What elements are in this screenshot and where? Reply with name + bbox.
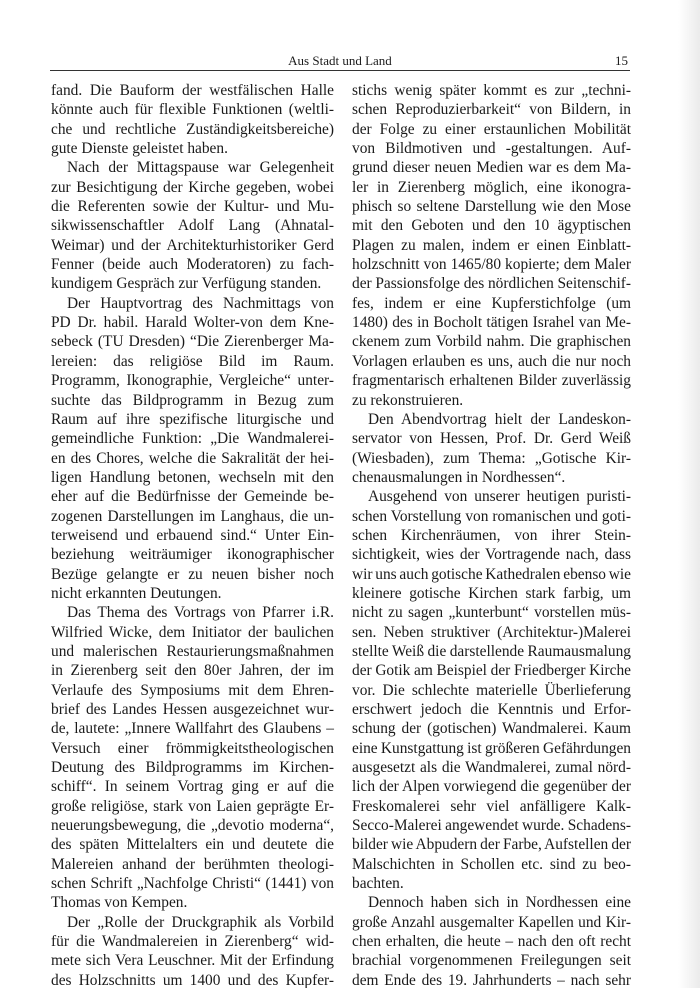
text-line: lereien: das religiöse Bild im Raum. [51, 352, 334, 371]
text-line: chen erhalten, die heute – nach den oft … [352, 932, 631, 951]
text-line: phisch so seltene Darstellung wie den Mo… [352, 197, 631, 216]
text-line: en des Chores, welche die Sakralität der… [51, 449, 334, 468]
text-line: könnte auch für flexible Funktionen (wel… [51, 100, 334, 119]
running-header: Aus Stadt und Land 15 [50, 52, 630, 71]
text-line: stellte Weiß die darstellende Raumausmal… [352, 642, 631, 661]
text-line: stichs wenig später kommt es zur „techni… [352, 81, 631, 100]
text-line: der Folge zu einer erstaunlichen Mobilit… [352, 120, 631, 139]
text-line: bilder wie Abpudern der Farbe, Aufstelle… [352, 835, 631, 854]
text-line: Bezüge gelangte er zu neuen bisher noch [51, 565, 334, 584]
text-line: schen Kirchenräumen, von ihrer Stein- [352, 526, 631, 545]
text-line: Malereien anhand der berühmten theologi- [51, 855, 334, 874]
text-line: eine Kunstgattung ist größeren Gefährdun… [352, 739, 631, 758]
text-line: große religiöse, stark von Laien geprägt… [51, 797, 334, 816]
text-line: des Holzschnitts um 1400 und des Kupfer- [51, 971, 334, 988]
text-line: grund dieser neuen Medien war es dem Ma- [352, 158, 631, 177]
text-line: in Zierenberg seit den 80er Jahren, der … [51, 661, 334, 680]
text-line: schen Reproduzierbarkeit“ von Bildern, i… [352, 100, 631, 119]
text-line: Plagen zu malen, indem er einen Einblatt… [352, 236, 631, 255]
text-line: fes, indem er eine Kupferstichfolge (um [352, 294, 631, 313]
text-line: Das Thema des Vortrags von Pfarrer i.R. [51, 603, 334, 622]
text-line: sen. Neben struktiver (Architektur-)Male… [352, 623, 631, 642]
text-line: zur Besichtigung der Kirche gegeben, wob… [51, 178, 334, 197]
text-line: kleinere gotische Kirchen stark farbig, … [352, 584, 631, 603]
text-line: Fenner (beide auch Moderatoren) zu fach- [51, 255, 334, 274]
text-line: Malschichten in Schollen etc. sind zu be… [352, 855, 631, 874]
text-line: de, lautete: „Innere Wallfahrt des Glaub… [51, 719, 334, 738]
text-line: Versuch einer frömmigkeitstheologischen [51, 739, 334, 758]
text-line: ler in Zierenberg möglich, eine ikonogra… [352, 178, 631, 197]
text-line: brief des Landes Hessen ausgezeichnet wu… [51, 700, 334, 719]
text-line: Verlaufe des Symposiums mit dem Ehren- [51, 681, 334, 700]
text-line: Deutung des Bildprogramms im Kirchen- [51, 758, 334, 777]
text-line: 1480) des in Bocholt tätigen Israhel van… [352, 313, 631, 332]
text-line: lich der Alpen vorwiegend die gegenüber … [352, 777, 631, 796]
text-line: gemeindliche Funktion: „Die Wandmalerei- [51, 429, 334, 448]
text-line: gute Dienste geleistet haben. [51, 139, 334, 158]
text-line: chenausmalungen in Nordhessen“. [352, 468, 631, 487]
text-line: Nach der Mittagspause war Gelegenheit [51, 158, 334, 177]
text-line: des späten Mittelalters ein und deutete … [51, 835, 334, 854]
text-line: Thomas von Kempen. [51, 893, 334, 912]
text-line: sikwissenschaftler Adolf Lang (Ahnatal- [51, 216, 334, 235]
text-line: schen Vorstellung von romanischen und go… [352, 507, 631, 526]
text-line: erschwert jedoch die Kenntnis und Erfor- [352, 700, 631, 719]
text-line: für die Wandmalereien in Zierenberg“ wid… [51, 932, 334, 951]
text-line: und malerischen Restaurierungsmaßnahmen [51, 642, 334, 661]
text-line: Wilfried Wicke, dem Initiator der baulic… [51, 623, 334, 642]
text-line: PD Dr. habil. Harald Wolter-von dem Kne- [51, 313, 334, 332]
text-line: holzschnitt von 1465/80 kopierte; dem Ma… [352, 255, 631, 274]
text-line: schen Schrift „Nachfolge Christi“ (1441)… [51, 874, 334, 893]
text-line: Programm, Ikonographie, Vergleiche“ unte… [51, 371, 334, 390]
text-line: eher auf die Bedürfnisse der Gemeinde be… [51, 487, 334, 506]
text-line: große Anzahl ausgemalter Kapellen und Ki… [352, 913, 631, 932]
page-number: 15 [615, 53, 628, 69]
text-line: kundigem Gespräch zur Verfügung standen. [51, 274, 334, 293]
text-line: der Gotik am Beispiel der Friedberger Ki… [352, 661, 631, 680]
text-line: ligen Handlung betonen, wechseln mit den [51, 468, 334, 487]
text-line: beziehung weiträumiger ikonographischer [51, 545, 334, 564]
text-line: die Referenten sowie der Kultur- und Mu- [51, 197, 334, 216]
text-line: mit den Geboten und den 10 ägyptischen [352, 216, 631, 235]
text-column-left: fand. Die Bauform der westfälischen Hall… [51, 81, 334, 988]
text-line: sichtigkeit, wies der Vortragende nach, … [352, 545, 631, 564]
text-line: bachten. [352, 874, 631, 893]
text-line: wir uns auch gotische Kathedralen ebenso… [352, 565, 631, 584]
text-line: Weimar) und der Architekturhistoriker Ge… [51, 236, 334, 255]
text-line: vor. Die schlechte materielle Überliefer… [352, 681, 631, 700]
text-line: neuerungsbewegung, die „devotio moderna“… [51, 816, 334, 835]
text-line: nicht zu sagen „kunterbunt“ vorstellen m… [352, 603, 631, 622]
text-line: Freskomalerei sehr viel anfälligere Kalk… [352, 797, 631, 816]
text-line: sebeck (TU Dresden) “Die Zierenberger Ma… [51, 332, 334, 351]
text-line: zogenen Darstellungen im Langhaus, die u… [51, 507, 334, 526]
text-line: brachial vorgenommenen Freilegungen seit [352, 951, 631, 970]
text-line: Ausgehend von unserer heutigen puristi- [352, 487, 631, 506]
page-edge-shadow [678, 0, 700, 988]
text-line: servator von Hessen, Prof. Dr. Gerd Weiß [352, 429, 631, 448]
text-line: Raum auf ihre spezifische liturgische un… [51, 410, 334, 429]
text-line: von Bildmotiven und -gestaltungen. Auf- [352, 139, 631, 158]
text-line: Dennoch haben sich in Nordhessen eine [352, 893, 631, 912]
text-line: schiff“. In seinem Vortrag ging er auf d… [51, 777, 334, 796]
text-line: ckenem zum Vorbild nahm. Die graphischen [352, 332, 631, 351]
text-line: Secco-Malerei angewendet wurde. Schadens… [352, 816, 631, 835]
text-line: nicht erkannten Deutungen. [51, 584, 334, 603]
text-line: mete sich Vera Leuschner. Mit der Erfind… [51, 951, 334, 970]
text-line: Der „Rolle der Druckgraphik als Vorbild [51, 913, 334, 932]
text-line: schung der (gotischen) Wandmalerei. Kaum [352, 719, 631, 738]
text-line: dem Ende des 19. Jahrhunderts – nach seh… [352, 971, 631, 988]
text-line: terweisend und erbauend sind.“ Unter Ein… [51, 526, 334, 545]
text-line: ausgesetzt als die Wandmalerei, zumal nö… [352, 758, 631, 777]
text-line: Der Hauptvortrag des Nachmittags von [51, 294, 334, 313]
text-line: Vorlagen erlauben es uns, auch die nur n… [352, 352, 631, 371]
text-line: Den Abendvortrag hielt der Landeskon- [352, 410, 631, 429]
text-line: che und rechtliche Zuständigkeitsbereich… [51, 120, 334, 139]
text-line: (Wiesbaden), zum Thema: „Gotische Kir- [352, 449, 631, 468]
text-column-right: stichs wenig später kommt es zur „techni… [352, 81, 631, 988]
text-line: fand. Die Bauform der westfälischen Hall… [51, 81, 334, 100]
running-title: Aus Stadt und Land [50, 53, 630, 69]
text-line: fragmentarisch erhaltenen Bilder zuverlä… [352, 371, 631, 390]
text-line: der Passionsfolge des nördlichen Seitens… [352, 274, 631, 293]
text-line: zu rekonstruieren. [352, 391, 631, 410]
text-line: suchte das Bildprogramm in Bezug zum [51, 391, 334, 410]
